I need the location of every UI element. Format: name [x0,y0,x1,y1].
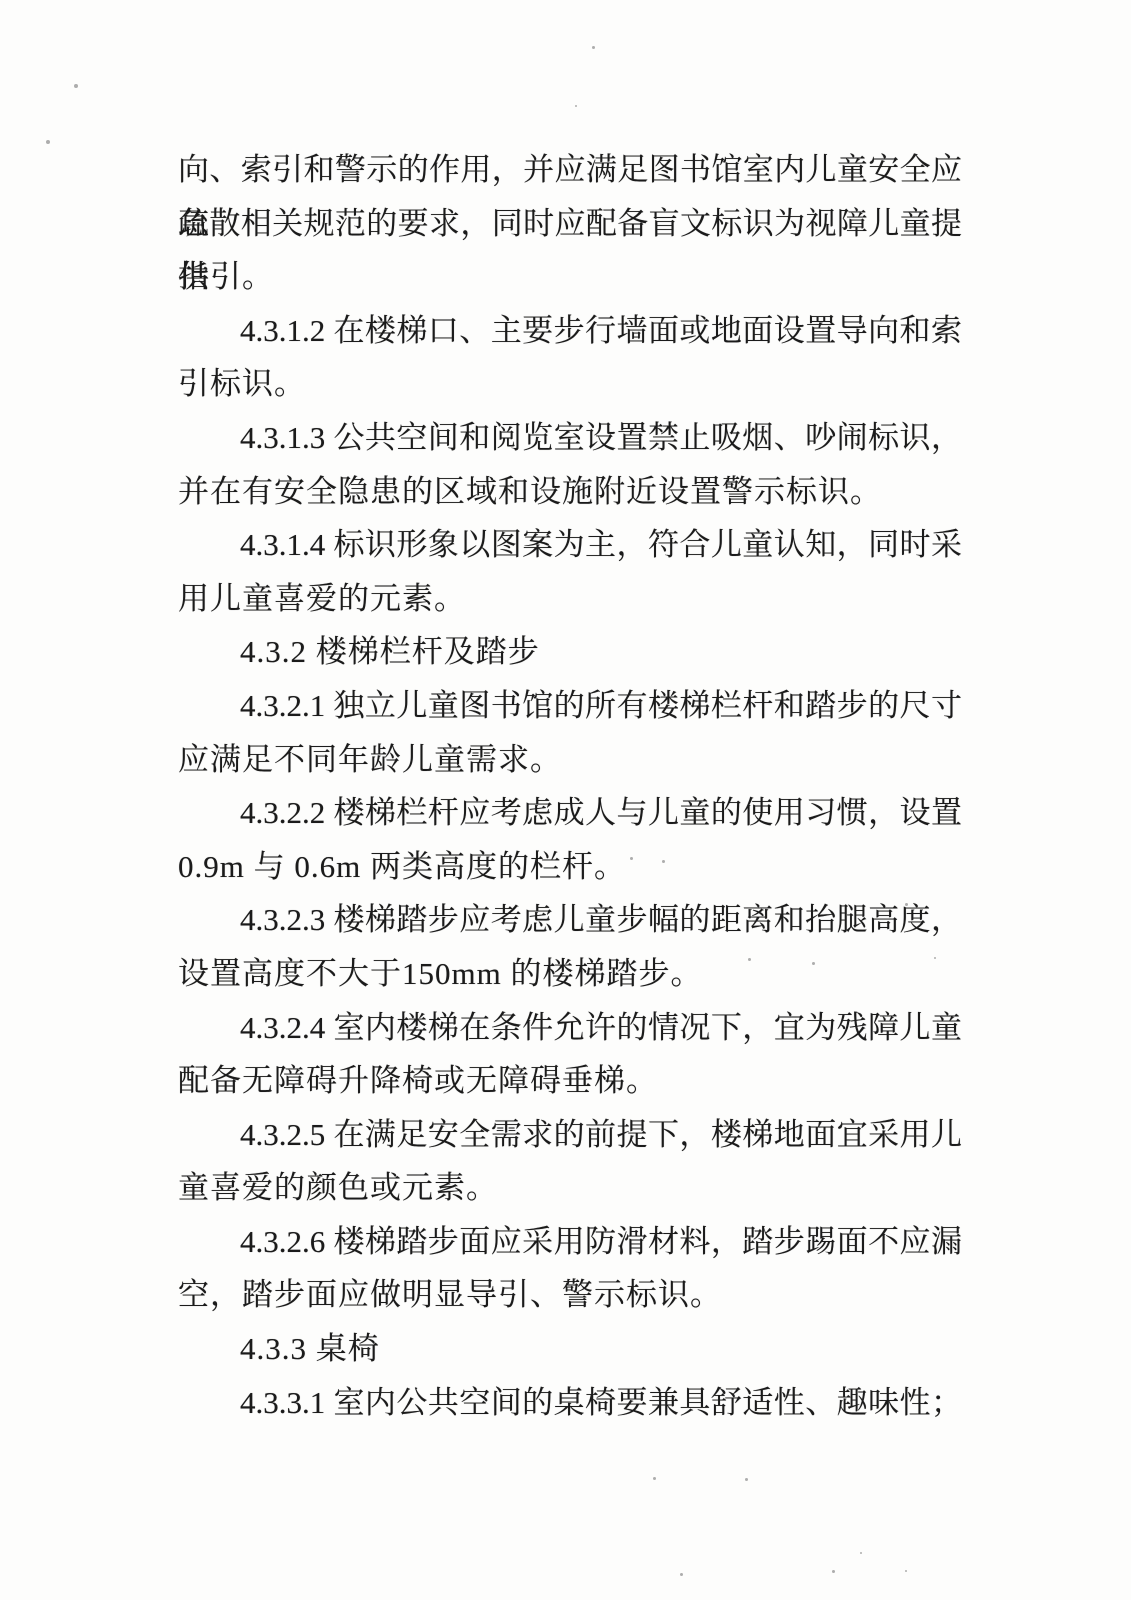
text-line: 4.3.2.2 楼梯栏杆应考虑成人与儿童的使用习惯，设置 [178,786,962,840]
scan-speck [630,857,633,860]
scan-speck [832,1570,835,1573]
text-line: 童喜爱的颜色或元素。 [178,1161,962,1215]
document-text-block: 向、索引和警示的作用，并应满足图书馆室内儿童安全应急疏散相关规范的要求，同时应配… [178,143,962,1429]
text-line: 4.3.3 桌椅 [178,1322,962,1376]
text-line: 4.3.1.4 标识形象以图案为主，符合儿童认知，同时采 [178,518,962,572]
scan-speck [74,84,78,88]
text-line: 指引。 [178,250,962,304]
scan-speck [745,1478,748,1481]
text-line: 4.3.2.1 独立儿童图书馆的所有楼梯栏杆和踏步的尺寸 [178,679,962,733]
scan-speck [46,140,50,144]
scan-speck [905,903,908,906]
text-line: 4.3.2.4 室内楼梯在条件允许的情况下，宜为残障儿童 [178,1001,962,1055]
scan-speck [812,962,815,965]
text-line: 疏散相关规范的要求，同时应配备盲文标识为视障儿童提供 [178,197,962,251]
text-line: 空，踏步面应做明显导引、警示标识。 [178,1268,962,1322]
text-line: 引标识。 [178,357,962,411]
text-line: 4.3.1.2 在楼梯口、主要步行墙面或地面设置导向和索 [178,304,962,358]
scan-speck [592,46,595,49]
text-line: 0.9m 与 0.6m 两类高度的栏杆。 [178,840,962,894]
text-line: 4.3.2.5 在满足安全需求的前提下，楼梯地面宜采用儿 [178,1108,962,1162]
text-line: 设置高度不大于150mm 的楼梯踏步。 [178,947,962,1001]
text-line: 4.3.3.1 室内公共空间的桌椅要兼具舒适性、趣味性； [178,1376,962,1430]
scan-speck [575,105,577,107]
text-line: 4.3.2.6 楼梯踏步面应采用防滑材料，踏步踢面不应漏 [178,1215,962,1269]
text-line: 向、索引和警示的作用，并应满足图书馆室内儿童安全应急 [178,143,962,197]
scan-speck [905,1570,907,1572]
scan-speck [860,1552,862,1554]
scanned-document-page: 向、索引和警示的作用，并应满足图书馆室内儿童安全应急疏散相关规范的要求，同时应配… [0,0,1131,1600]
text-line: 并在有安全隐患的区域和设施附近设置警示标识。 [178,465,962,519]
text-line: 配备无障碍升降椅或无障碍垂梯。 [178,1054,962,1108]
text-line: 4.3.2.3 楼梯踏步应考虑儿童步幅的距离和抬腿高度， [178,893,962,947]
scan-speck [748,958,751,961]
text-line: 用儿童喜爱的元素。 [178,572,962,626]
text-line: 4.3.1.3 公共空间和阅览室设置禁止吸烟、吵闹标识， [178,411,962,465]
text-line: 4.3.2 楼梯栏杆及踏步 [178,625,962,679]
scan-speck [934,957,936,959]
scan-speck [680,1573,683,1576]
scan-speck [662,860,665,863]
text-line: 应满足不同年龄儿童需求。 [178,733,962,787]
scan-speck [653,1477,656,1480]
